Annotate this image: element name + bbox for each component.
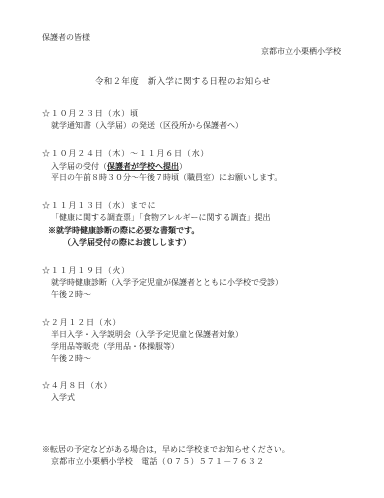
schedule-item: ☆２月１２日（水） 半日入学・入学説明会（入学予定児童と保護者対象） 学用品等販…	[42, 318, 243, 366]
schedule-date: ☆１１月１３日（水）までに	[42, 201, 270, 213]
detail-text: ）	[179, 162, 187, 171]
underlined-text: 保護者が学校へ提出	[107, 161, 179, 171]
detail-text: 入学届の受付（	[51, 162, 107, 171]
footer-contact: 京都市立小栗栖小学校 電話（０７５）５７１－７６３２	[51, 457, 264, 467]
schedule-note: ※就学時健康診断の際に必要な書類です。	[42, 225, 270, 237]
schedule-item: ☆４月８日（水） 入学式	[42, 381, 112, 405]
schedule-date: ☆１０月２３日（水）頃	[42, 109, 243, 121]
schedule-date: ☆４月８日（水）	[42, 381, 112, 393]
schedule-detail: 半日入学・入学説明会（入学予定児童と保護者対象）	[42, 330, 243, 342]
notice-document: 保護者の皆様 京都市立小栗栖小学校 令和２年度 新入学に関する日程のお知らせ ☆…	[0, 0, 384, 498]
schedule-date: ☆１０月２４日（木）～１１月６日（水）	[42, 149, 282, 161]
schedule-item: ☆１０月２４日（木）～１１月６日（水） 入学届の受付（保護者が学校へ提出） 平日…	[42, 149, 282, 185]
schedule-detail: 入学届の受付（保護者が学校へ提出）	[42, 161, 282, 173]
schedule-item: ☆１０月２３日（水）頃 就学通知書（入学届）の発送（区役所から保護者へ）	[42, 109, 243, 133]
schedule-detail: 午後２時～	[42, 290, 283, 302]
footer-note: ※転居の予定などがある場合は，早めに学校までお知らせください。	[42, 445, 290, 455]
schedule-detail: 「健康に関する調査票」「食物アレルギーに関する調査」提出	[42, 213, 270, 225]
sender-school: 京都市立小栗栖小学校	[261, 47, 341, 57]
addressee: 保護者の皆様	[42, 33, 90, 43]
schedule-detail: 午後２時～	[42, 354, 243, 366]
schedule-date: ☆１１月１９日（火）	[42, 266, 283, 278]
schedule-date: ☆２月１２日（水）	[42, 318, 243, 330]
schedule-note: （入学届受付の際にお渡しします）	[42, 237, 270, 249]
schedule-detail: 平日の午前８時３０分～午後７時頃（職員室）にお願いします。	[42, 173, 282, 185]
schedule-detail: 学用品等販売（学用品・体操服等）	[42, 342, 243, 354]
schedule-detail: 入学式	[42, 393, 112, 405]
schedule-detail: 就学通知書（入学届）の発送（区役所から保護者へ）	[42, 121, 243, 133]
document-title: 令和２年度 新入学に関する日程のお知らせ	[95, 77, 271, 87]
schedule-item: ☆１１月１３日（水）までに 「健康に関する調査票」「食物アレルギーに関する調査」…	[42, 201, 270, 249]
schedule-item: ☆１１月１９日（火） 就学時健康診断（入学予定児童が保護者とともに小学校で受診）…	[42, 266, 283, 302]
schedule-detail: 就学時健康診断（入学予定児童が保護者とともに小学校で受診）	[42, 278, 283, 290]
